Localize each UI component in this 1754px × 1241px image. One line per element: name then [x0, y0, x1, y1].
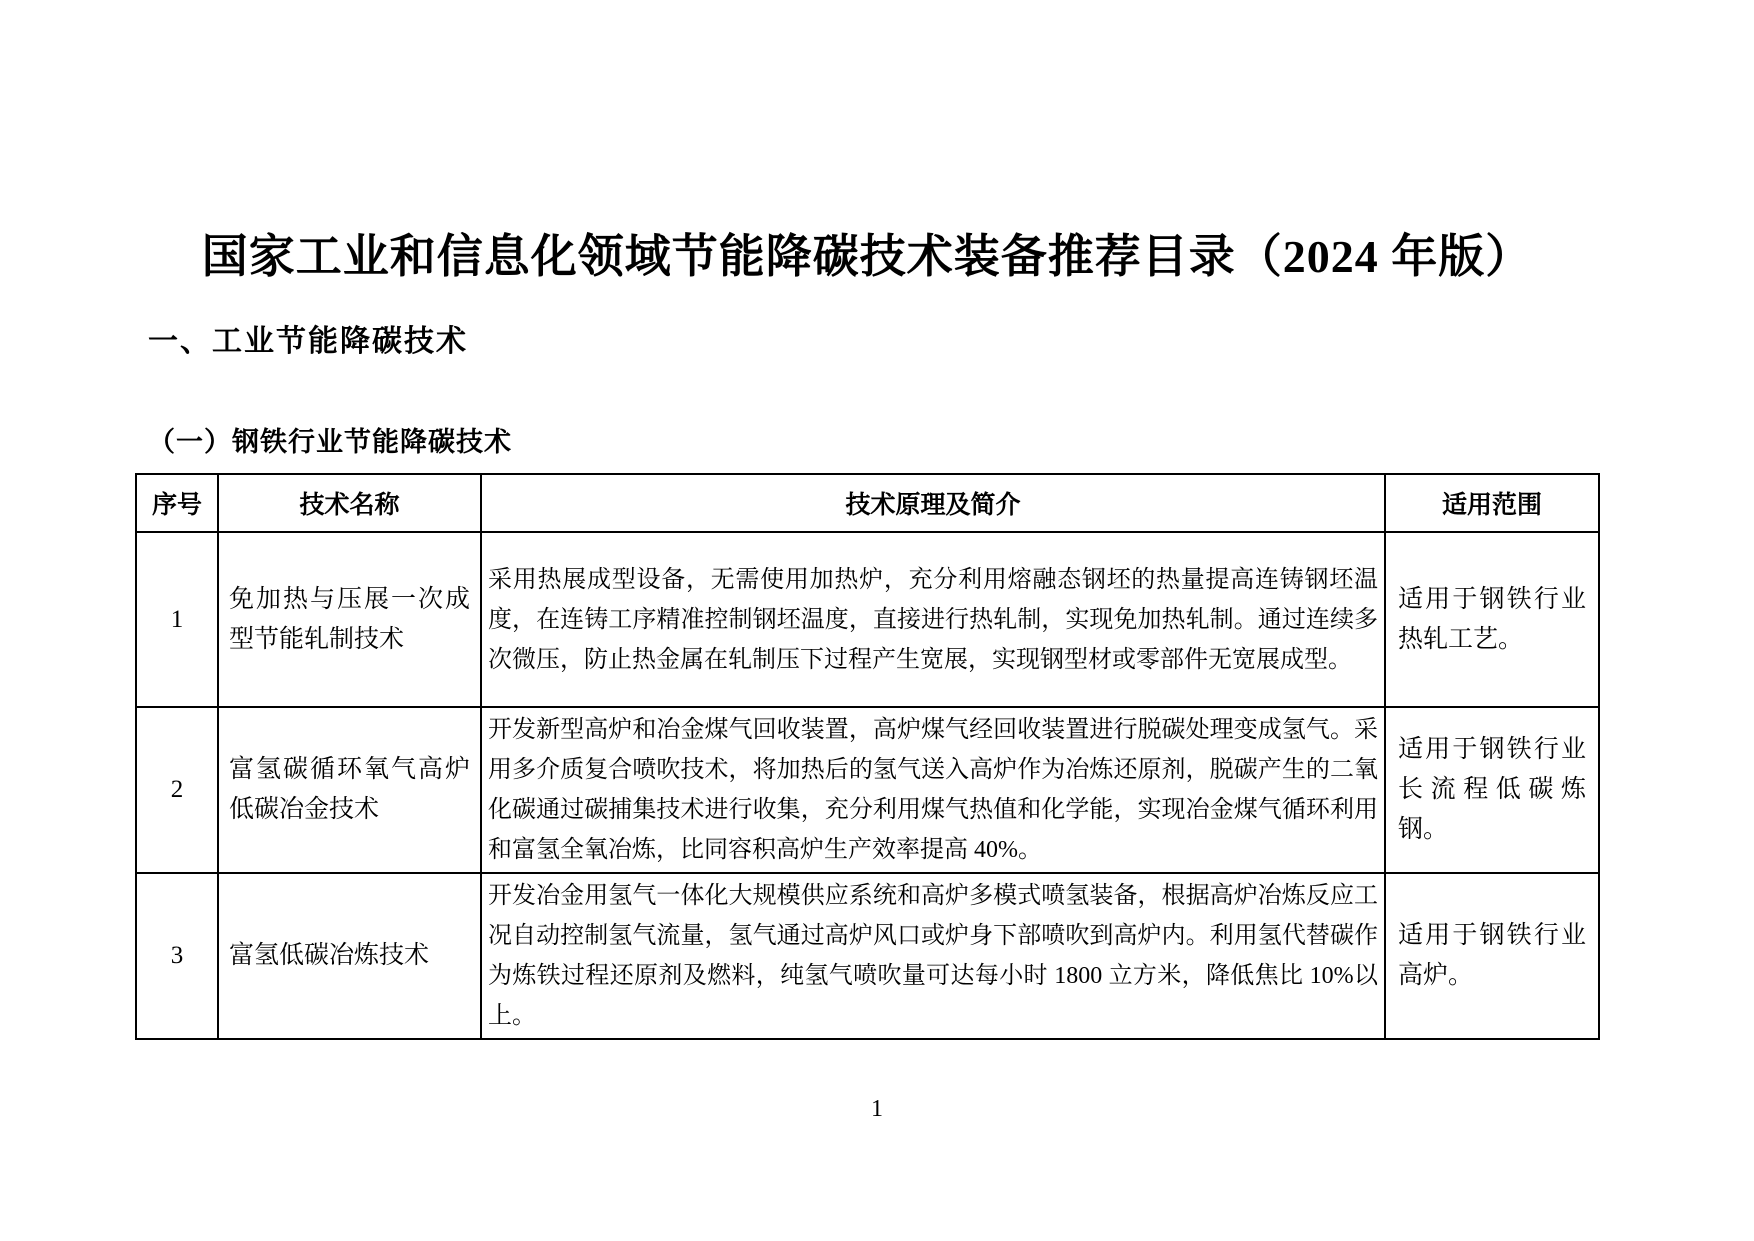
tech-name-cell: 富氢碳循环氧气高炉低碳冶金技术	[218, 707, 481, 873]
scope-cell: 适用于钢铁行业长流程低碳炼钢。	[1385, 707, 1599, 873]
page-number: 1	[0, 1096, 1754, 1123]
scope-cell: 适用于钢铁行业热轧工艺。	[1385, 532, 1599, 707]
column-header-description: 技术原理及简介	[481, 474, 1385, 532]
column-header-scope: 适用范围	[1385, 474, 1599, 532]
description-cell: 采用热展成型设备，无需使用加热炉，充分利用熔融态钢坯的热量提高连铸钢坯温度，在连…	[481, 532, 1385, 707]
technology-table: 序号 技术名称 技术原理及简介 适用范围 1 免加热与压展一次成型节能轧制技术 …	[135, 473, 1600, 1040]
subsection-heading: （一）钢铁行业节能降碳技术	[148, 420, 512, 459]
row-index-cell: 3	[136, 873, 218, 1039]
table-header-row: 序号 技术名称 技术原理及简介 适用范围	[136, 474, 1599, 532]
scope-cell: 适用于钢铁行业高炉。	[1385, 873, 1599, 1039]
row-index-cell: 2	[136, 707, 218, 873]
description-cell: 开发冶金用氢气一体化大规模供应系统和高炉多模式喷氢装备，根据高炉冶炼反应工况自动…	[481, 873, 1385, 1039]
document-title: 国家工业和信息化领域节能降碳技术装备推荐目录（2024 年版）	[130, 220, 1604, 286]
table-row: 1 免加热与压展一次成型节能轧制技术 采用热展成型设备，无需使用加热炉，充分利用…	[136, 532, 1599, 707]
tech-name-cell: 富氢低碳冶炼技术	[218, 873, 481, 1039]
description-cell: 开发新型高炉和冶金煤气回收装置，高炉煤气经回收装置进行脱碳处理变成氢气。采用多介…	[481, 707, 1385, 873]
section-heading: 一、工业节能降碳技术	[148, 316, 468, 360]
row-index-cell: 1	[136, 532, 218, 707]
table-row: 3 富氢低碳冶炼技术 开发冶金用氢气一体化大规模供应系统和高炉多模式喷氢装备，根…	[136, 873, 1599, 1039]
column-header-tech-name: 技术名称	[218, 474, 481, 532]
document-page: 国家工业和信息化领域节能降碳技术装备推荐目录（2024 年版） 一、工业节能降碳…	[0, 0, 1754, 1241]
column-header-index: 序号	[136, 474, 218, 532]
tech-name-cell: 免加热与压展一次成型节能轧制技术	[218, 532, 481, 707]
table-row: 2 富氢碳循环氧气高炉低碳冶金技术 开发新型高炉和冶金煤气回收装置，高炉煤气经回…	[136, 707, 1599, 873]
